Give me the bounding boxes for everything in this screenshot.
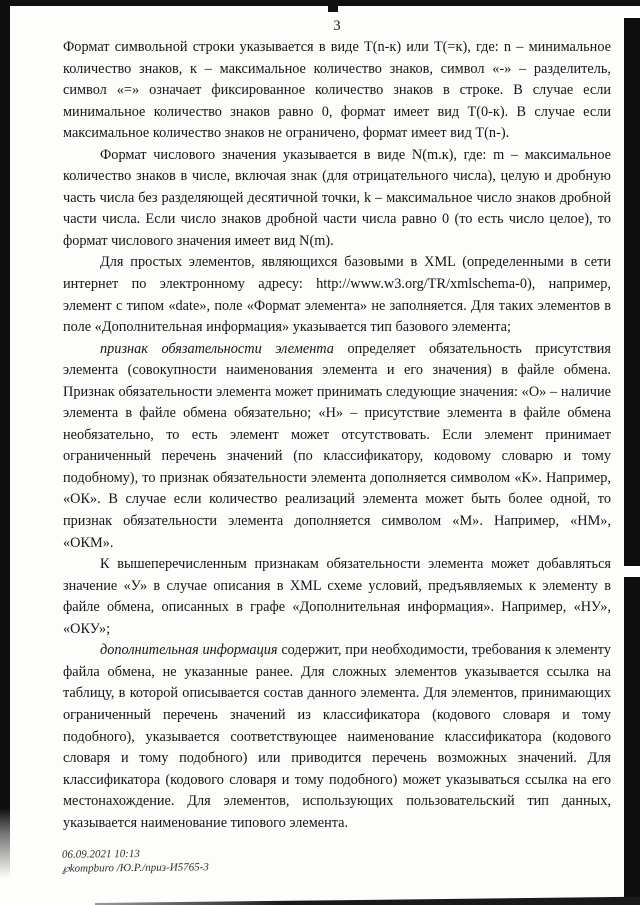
scan-edge-bottom [95,896,640,905]
paragraph-text: Формат символьной строки указывается в в… [63,39,611,141]
paragraph-text: К вышеперечисленным признакам обязательн… [63,556,611,637]
paragraph-text: Формат числового значения указывается в … [63,147,611,249]
paragraph-obligation-flag: признак обязательности элемента определя… [63,339,611,554]
paragraph-numeric-format: Формат числового значения указывается в … [63,145,611,253]
registration-stamp: 06.09.2021 10:13 ℘kompburo /Ю.Р./приз-И5… [62,847,209,876]
paragraph-additional-info: дополнительная информация содержит, при … [63,640,611,834]
paragraph-u-flag: К вышеперечисленным признакам обязательн… [63,554,611,640]
paragraph-string-format: Формат символьной строки указывается в в… [63,37,611,145]
scanned-document-page: 3 Формат символьной строки указывается в… [0,0,640,905]
scan-edge-top [0,0,640,6]
paragraph-simple-elements: Для простых элементов, являющихся базовы… [63,252,611,338]
scan-edge-left [0,0,10,878]
paragraph-lead: дополнительная информация [100,642,278,658]
scan-edge-top-tick [328,5,338,12]
paragraph-text: содержит, при необходимости, требования … [63,642,611,830]
paragraph-text: Для простых элементов, являющихся базовы… [63,254,611,335]
document-body: Формат символьной строки указывается в в… [63,37,611,834]
scan-edge-right [624,18,640,905]
scan-edge-right-notch [624,566,640,577]
paragraph-lead: признак обязательности элемента [100,341,334,357]
paragraph-text: определяет обязательность присутствия эл… [63,341,611,551]
page-number: 3 [63,18,611,35]
stamp-reference: ℘kompburo /Ю.Р./приз-И5765-3 [62,861,209,876]
